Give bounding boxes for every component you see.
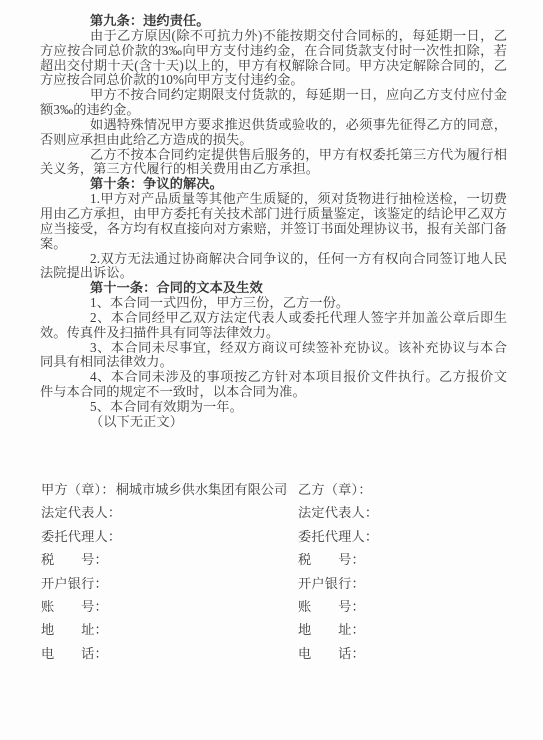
party-a-bank-row: 开户银行：: [41, 572, 291, 595]
party-a-tax-number-value: [108, 552, 109, 567]
party-b-phone-value: [365, 646, 366, 661]
party-a-tax-number-label: 税 号：: [41, 552, 108, 567]
party-b-legal-representative-row: 法定代表人：: [298, 501, 523, 524]
article-heading: 第九条：违约责任。: [40, 14, 507, 29]
contract-document-page: 第九条：违约责任。由于乙方原因(除不可抗力外)不能按期交付合同标的，每延期一日，…: [0, 0, 543, 740]
contract-paragraph: 由于乙方原因(除不可抗力外)不能按期交付合同标的，每延期一日，乙方应按合同总价款…: [40, 29, 507, 88]
article-heading: 第十条：争议的解决。: [40, 177, 507, 192]
party-b-seal-label: 乙方（章）：: [298, 482, 372, 497]
party-a-address-value: [108, 622, 109, 637]
contract-paragraph: 1.甲方对产品质量等其他产生质疑的，须对货物进行抽检送检，一切费用由乙方承担，由…: [40, 192, 507, 251]
contract-paragraph: 乙方不按本合同约定提供售后服务的，甲方有权委托第三方代为履行相关义务，第三方代履…: [40, 148, 507, 178]
contract-paragraph: 1、本合同一式四份，甲方三份，乙方一份。: [40, 296, 507, 311]
contract-paragraph: 如遇特殊情况甲方要求推迟供货或验收的，必须事先征得乙方的同意，否则应承担由此给乙…: [40, 118, 507, 148]
party-b-address-value: [365, 622, 366, 637]
party-b-bank-value: [365, 576, 366, 591]
party-a-legal-representative-row: 法定代表人：: [41, 501, 291, 524]
contract-body-text: 第九条：违约责任。由于乙方原因(除不可抗力外)不能按期交付合同标的，每延期一日，…: [40, 14, 507, 430]
party-a-signature-column: 甲方（章）：桐城市城乡供水集团有限公司法定代表人：委托代理人：税 号：开户银行：…: [41, 478, 291, 665]
party-b-account-number-value: [365, 599, 366, 614]
party-a-bank-value: [108, 576, 109, 591]
party-a-account-number-label: 账 号：: [41, 599, 108, 614]
contract-paragraph: 4、本合同未涉及的事项按乙方针对本项目报价文件执行。乙方报价文件与本合同的规定不…: [40, 370, 507, 400]
party-b-seal-value: [372, 482, 373, 497]
party-b-account-number-row: 账 号：: [298, 595, 523, 618]
contract-paragraph: 2.双方无法通过协商解决合同争议的，任何一方有权向合同签订地人民法院提出诉讼。: [40, 252, 507, 282]
party-b-entrusted-agent-label: 委托代理人：: [298, 529, 378, 544]
party-b-tax-number-label: 税 号：: [298, 552, 365, 567]
party-b-entrusted-agent-value: [378, 529, 379, 544]
party-b-legal-representative-label: 法定代表人：: [298, 505, 378, 520]
party-b-phone-label: 电 话：: [298, 646, 365, 661]
party-b-tax-number-row: 税 号：: [298, 548, 523, 571]
party-a-phone-row: 电 话：: [41, 642, 291, 665]
party-a-legal-representative-label: 法定代表人：: [41, 505, 121, 520]
party-a-tax-number-row: 税 号：: [41, 548, 291, 571]
party-b-bank-label: 开户银行：: [298, 576, 365, 591]
party-b-seal-row: 乙方（章）：: [298, 478, 523, 501]
party-a-entrusted-agent-row: 委托代理人：: [41, 525, 291, 548]
party-a-account-number-row: 账 号：: [41, 595, 291, 618]
party-b-address-label: 地 址：: [298, 622, 365, 637]
party-a-account-number-value: [108, 599, 109, 614]
party-a-address-label: 地 址：: [41, 622, 108, 637]
contract-paragraph: 2、本合同经甲乙双方法定代表人或委托代理人签字并加盖公章后即生效。传真件及扫描件…: [40, 311, 507, 341]
party-a-address-row: 地 址：: [41, 618, 291, 641]
contract-paragraph: （以下无正文）: [40, 415, 507, 430]
party-b-entrusted-agent-row: 委托代理人：: [298, 525, 523, 548]
party-a-legal-representative-value: [121, 505, 122, 520]
party-a-bank-label: 开户银行：: [41, 576, 108, 591]
contract-paragraph: 5、本合同有效期为一年。: [40, 400, 507, 415]
article-heading: 第十一条：合同的文本及生效: [40, 281, 507, 296]
party-b-address-row: 地 址：: [298, 618, 523, 641]
party-b-bank-row: 开户银行：: [298, 572, 523, 595]
party-b-account-number-label: 账 号：: [298, 599, 365, 614]
party-b-legal-representative-value: [378, 505, 379, 520]
party-b-phone-row: 电 话：: [298, 642, 523, 665]
contract-paragraph: 3、本合同未尽事宜，经双方商议可续签补充协议。该补充协议与本合同具有相同法律效力…: [40, 341, 507, 371]
party-a-seal-label: 甲方（章）：: [41, 482, 115, 497]
party-a-entrusted-agent-label: 委托代理人：: [41, 529, 121, 544]
party-a-seal-row: 甲方（章）：桐城市城乡供水集团有限公司: [41, 478, 291, 501]
party-a-phone-value: [108, 646, 109, 661]
party-a-phone-label: 电 话：: [41, 646, 108, 661]
contract-paragraph: 甲方不按合同约定期限支付货款的，每延期一日，应向乙方支付应付金额3‰的违约金。: [40, 88, 507, 118]
party-a-seal-value: 桐城市城乡供水集团有限公司: [115, 482, 287, 497]
party-b-tax-number-value: [365, 552, 366, 567]
party-a-entrusted-agent-value: [121, 529, 122, 544]
party-b-signature-column: 乙方（章）：法定代表人：委托代理人：税 号：开户银行：账 号：地 址：电 话：: [298, 478, 523, 665]
